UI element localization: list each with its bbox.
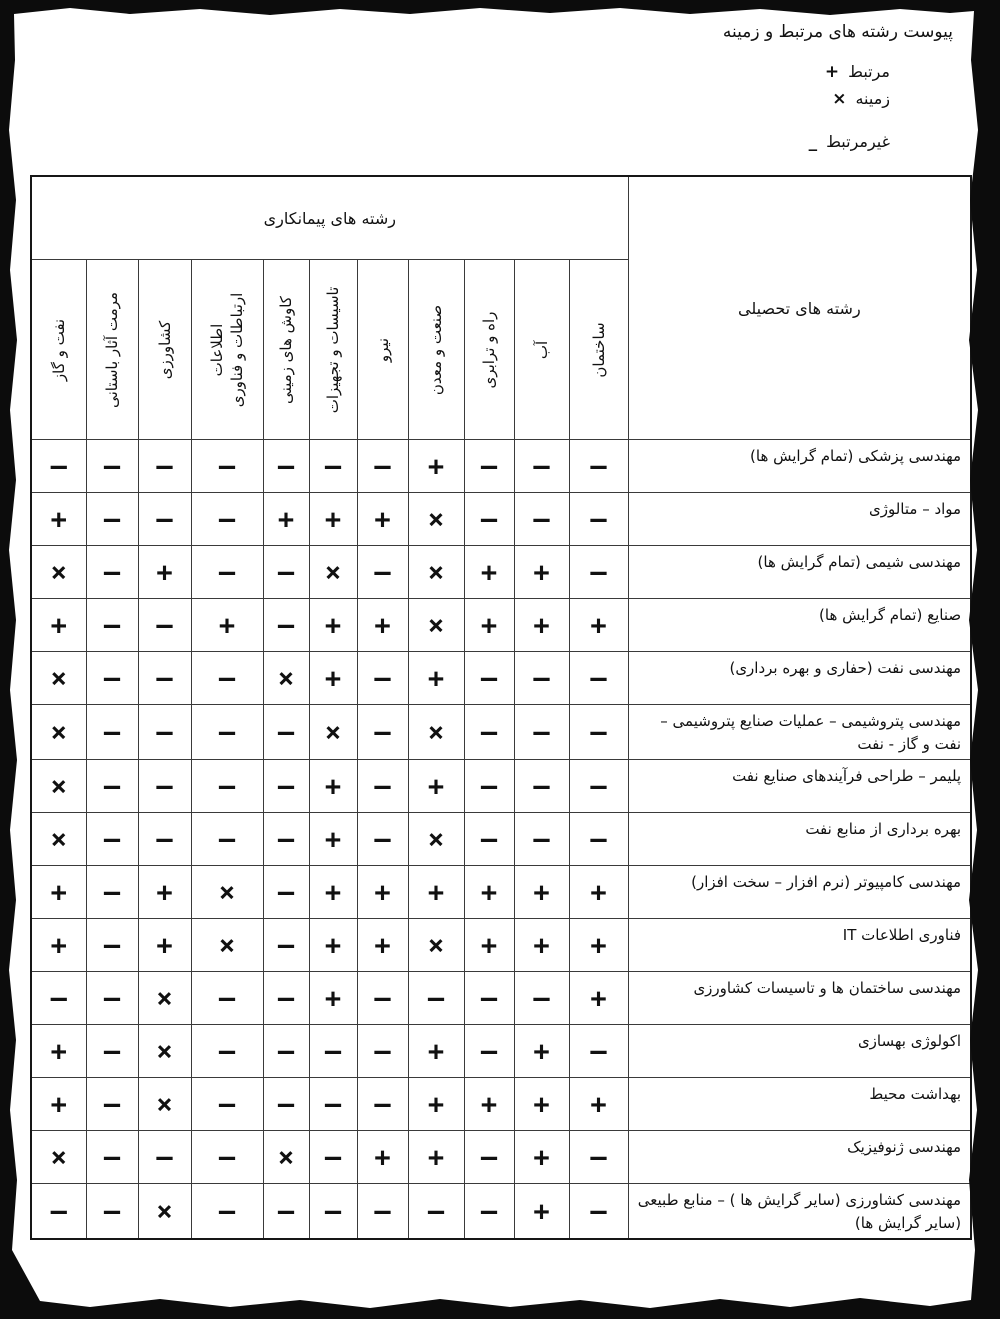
relation-cell: – [357,972,408,1025]
column-header-10: آب [514,260,569,440]
relation-cell: – [263,599,309,652]
row-label: مهندسی پزشکی (تمام گرایش ها) [628,440,971,493]
relation-cell: – [86,866,138,919]
table-row: ––×––+––––+مهندسی ساختمان ها و تاسیسات ک… [31,972,971,1025]
relation-cell: + [514,866,569,919]
relation-cell: – [464,652,514,705]
relation-cell: + [408,652,464,705]
relation-cell: – [138,493,191,546]
relation-cell: × [138,1078,191,1131]
plus-symbol: + [825,62,839,82]
row-label: صنایع (تمام گرایش ها) [628,599,971,652]
relation-cell: – [191,493,263,546]
relation-cell: – [569,1025,628,1078]
row-label: مهندسی پتروشیمی – عملیات صنایع پتروشیمی … [628,705,971,760]
relation-cell: + [31,1078,86,1131]
relation-cell: + [357,1131,408,1184]
relation-cell: × [31,546,86,599]
column-header-2: مرمت آثار باستانی [86,260,138,440]
relation-cell: – [86,1131,138,1184]
relation-cell: – [309,1131,357,1184]
table-row: ×–––×–++–+–مهندسی ژنوفیزیک [31,1131,971,1184]
relation-cell: × [408,919,464,972]
relation-cell: – [31,440,86,493]
relation-cell: + [569,599,628,652]
row-label: بهره برداری از منابع نفت [628,813,971,866]
relation-cell: + [309,760,357,813]
relation-cell: – [464,972,514,1025]
column-header-1: نفت و گاز [31,260,86,440]
relation-cell: – [138,652,191,705]
relation-cell: – [263,546,309,599]
relation-cell: – [357,705,408,760]
relation-cell: – [86,599,138,652]
row-label: مهندسی ساختمان ها و تاسیسات کشاورزی [628,972,971,1025]
relation-cell: + [31,866,86,919]
relation-cell: + [138,919,191,972]
relation-cell: + [514,1078,569,1131]
row-label: مهندسی کشاورزی (سایر گرایش ها ) – منابع … [628,1184,971,1240]
column-header-11: ساختمان [569,260,628,440]
row-label: مهندسی ژنوفیزیک [628,1131,971,1184]
relation-cell: – [408,1184,464,1240]
relation-cell: – [309,1078,357,1131]
column-header-8: صنعت و معدن [408,260,464,440]
relation-cell: – [86,652,138,705]
relation-cell: × [263,1131,309,1184]
relation-cell: – [138,1131,191,1184]
legend-label: زمینه [855,89,890,108]
relation-cell: – [31,1184,86,1240]
legend-item-related: + مرتبط [825,62,890,82]
row-label: اکولوژی بهسازی [628,1025,971,1078]
relation-cell: × [309,705,357,760]
row-label: پلیمر – طراحی فرآیندهای صنایع نفت [628,760,971,813]
page-title: پیوست رشته های مرتبط و زمینه [723,22,953,42]
relation-cell: + [309,866,357,919]
relation-cell: – [464,1131,514,1184]
relation-cell: – [357,1184,408,1240]
relation-cell: – [569,1184,628,1240]
row-label: بهداشت محیط [628,1078,971,1131]
relation-cell: + [31,599,86,652]
relation-cell: × [31,652,86,705]
row-label: فناوری اطلاعات IT [628,919,971,972]
relation-cell: + [31,1025,86,1078]
relation-cell: + [138,866,191,919]
relation-cell: – [191,813,263,866]
row-label: مواد – متالوژی [628,493,971,546]
row-label: مهندسی شیمی (تمام گرایش ها) [628,546,971,599]
relation-cell: + [464,546,514,599]
relation-cell: – [86,1184,138,1240]
relation-cell: – [86,546,138,599]
relation-cell: – [514,652,569,705]
relation-cell: – [191,1025,263,1078]
legend-label: غیرمرتبط [826,132,890,151]
relation-cell: × [31,1131,86,1184]
relation-cell: – [514,760,569,813]
table-row: +–+×–++×+++فناوری اطلاعات IT [31,919,971,972]
table-row: ×––––×–×–––مهندسی پتروشیمی – عملیات صنای… [31,705,971,760]
relation-cell: + [191,599,263,652]
relation-cell: – [263,1184,309,1240]
relation-cell: – [138,705,191,760]
relation-cell: – [263,1078,309,1131]
relation-cell: – [408,972,464,1025]
table-row: +–×––––+–+–اکولوژی بهسازی [31,1025,971,1078]
relation-cell: + [357,493,408,546]
relation-cell: × [31,705,86,760]
relation-cell: – [191,972,263,1025]
contracting-fields-header: رشته های پیمانکاری [31,176,628,260]
relation-cell: × [31,760,86,813]
relation-cell: – [191,440,263,493]
relation-cell: – [569,705,628,760]
column-header-4: ارتباطات و فناوریاطلاعات [191,260,263,440]
relation-cell: – [514,493,569,546]
relation-cell: – [191,1131,263,1184]
relation-cell: – [569,1131,628,1184]
relation-cell: + [408,1131,464,1184]
relation-cell: – [309,440,357,493]
relation-cell: – [357,1078,408,1131]
relation-cell: × [408,599,464,652]
relation-cell: × [191,919,263,972]
relation-cell: + [309,652,357,705]
table-row: +––+–++×+++صنایع (تمام گرایش ها) [31,599,971,652]
table-row: ×–+––×–×++–مهندسی شیمی (تمام گرایش ها) [31,546,971,599]
relation-cell: + [569,919,628,972]
relation-cell: + [408,1078,464,1131]
table-row: –––––––+–––مهندسی پزشکی (تمام گرایش ها) [31,440,971,493]
relation-cell: – [464,705,514,760]
column-header-9: راه و ترابری [464,260,514,440]
relation-cell: – [86,760,138,813]
column-header-5: کاوش های زمینی [263,260,309,440]
relation-cell: – [514,972,569,1025]
relation-cell: × [138,972,191,1025]
relation-cell: + [309,813,357,866]
relation-cell: – [569,546,628,599]
relation-cell: + [408,866,464,919]
relation-cell: – [569,440,628,493]
table-row: ×––––+–×–––بهره برداری از منابع نفت [31,813,971,866]
relation-cell: – [138,760,191,813]
relation-cell: + [408,440,464,493]
relation-cell: – [569,652,628,705]
relation-cell: + [514,546,569,599]
relation-cell: × [408,493,464,546]
relation-cell: – [357,652,408,705]
relation-cell: – [191,546,263,599]
relation-cell: + [514,919,569,972]
relation-cell: – [263,760,309,813]
relation-cell: – [357,440,408,493]
relation-cell: + [408,1025,464,1078]
legend-item-unrelated: _ غیرمرتبط [809,132,890,152]
relation-cell: – [357,760,408,813]
legend-item-background: × زمینه [832,89,890,109]
relation-cell: – [86,1025,138,1078]
legend: + مرتبط × زمینه _ غیرمرتبط [809,62,890,152]
relation-cell: – [309,1025,357,1078]
relation-cell: – [357,813,408,866]
relation-cell: – [357,1025,408,1078]
relation-cell: – [514,813,569,866]
relation-cell: – [138,599,191,652]
relation-cell: – [464,440,514,493]
relation-cell: + [309,972,357,1025]
relation-cell: – [191,652,263,705]
relation-cell: – [263,813,309,866]
table-row: +–+×–++++++مهندسی کامپیوتر (نرم افزار – … [31,866,971,919]
relation-cell: – [263,919,309,972]
relation-cell: – [263,866,309,919]
relation-cell: + [309,493,357,546]
relation-cell: – [464,760,514,813]
relation-cell: – [263,705,309,760]
relation-cell: + [514,599,569,652]
table-row: ×––––+–+–––پلیمر – طراحی فرآیندهای صنایع… [31,760,971,813]
relation-cell: – [514,440,569,493]
cross-symbol: × [832,89,846,109]
underscore-symbol: _ [809,132,818,152]
relation-cell: + [357,599,408,652]
relation-cell: – [464,813,514,866]
relation-cell: – [86,972,138,1025]
relation-cell: × [138,1184,191,1240]
relation-cell: + [31,919,86,972]
relation-cell: + [569,866,628,919]
relation-cell: × [263,652,309,705]
relation-cell: – [86,705,138,760]
relation-cell: – [86,919,138,972]
column-header-6: تاسیسات و تجهیزات [309,260,357,440]
relation-cell: – [191,1184,263,1240]
relation-cell: + [514,1184,569,1240]
relation-cell: + [514,1131,569,1184]
relation-cell: – [569,813,628,866]
relation-cell: + [569,1078,628,1131]
relation-matrix-table: رشته های پیمانکاری رشته های تحصیلی نفت و… [30,175,972,1240]
relation-cell: – [191,705,263,760]
relation-cell: + [464,1078,514,1131]
relation-cell: + [309,599,357,652]
relation-cell: – [569,493,628,546]
relation-cell: – [138,440,191,493]
relation-cell: × [138,1025,191,1078]
column-header-7: نیرو [357,260,408,440]
relation-cell: – [464,1184,514,1240]
table-row: +–×––––++++بهداشت محیط [31,1078,971,1131]
relation-cell: – [86,813,138,866]
table-row: ––×––––––+–مهندسی کشاورزی (سایر گرایش ها… [31,1184,971,1240]
row-label: مهندسی کامپیوتر (نرم افزار – سخت افزار) [628,866,971,919]
relation-cell: – [86,440,138,493]
relation-cell: – [263,1025,309,1078]
academic-fields-header: رشته های تحصیلی [628,176,971,440]
relation-cell: + [464,599,514,652]
relation-cell: – [191,760,263,813]
relation-cell: – [569,760,628,813]
relation-cell: × [31,813,86,866]
relation-cell: – [86,493,138,546]
relation-cell: + [408,760,464,813]
relation-cell: + [138,546,191,599]
relation-cell: – [86,1078,138,1131]
relation-cell: + [464,866,514,919]
relation-cell: × [191,866,263,919]
relation-cell: – [464,1025,514,1078]
relation-cell: × [408,813,464,866]
table-row: +–––+++×–––مواد – متالوژی [31,493,971,546]
table-row: ×–––×+–+–––مهندسی نفت (حفاری و بهره بردا… [31,652,971,705]
row-label: مهندسی نفت (حفاری و بهره برداری) [628,652,971,705]
relation-cell: + [514,1025,569,1078]
relation-cell: × [309,546,357,599]
relation-cell: – [464,493,514,546]
column-header-3: کشاورزی [138,260,191,440]
relation-cell: – [309,1184,357,1240]
legend-label: مرتبط [848,62,890,81]
relation-cell: – [31,972,86,1025]
relation-cell: + [263,493,309,546]
relation-cell: + [31,493,86,546]
relation-cell: + [357,919,408,972]
relation-cell: – [263,440,309,493]
relation-cell: + [357,866,408,919]
relation-cell: – [263,972,309,1025]
relation-cell: + [309,919,357,972]
relation-cell: × [408,705,464,760]
relation-cell: × [408,546,464,599]
relation-cell: – [191,1078,263,1131]
relation-cell: – [514,705,569,760]
relation-cell: – [357,546,408,599]
document-page: پیوست رشته های مرتبط و زمینه + مرتبط × ز… [0,0,1000,1319]
relation-cell: – [138,813,191,866]
relation-cell: + [464,919,514,972]
relation-cell: + [569,972,628,1025]
